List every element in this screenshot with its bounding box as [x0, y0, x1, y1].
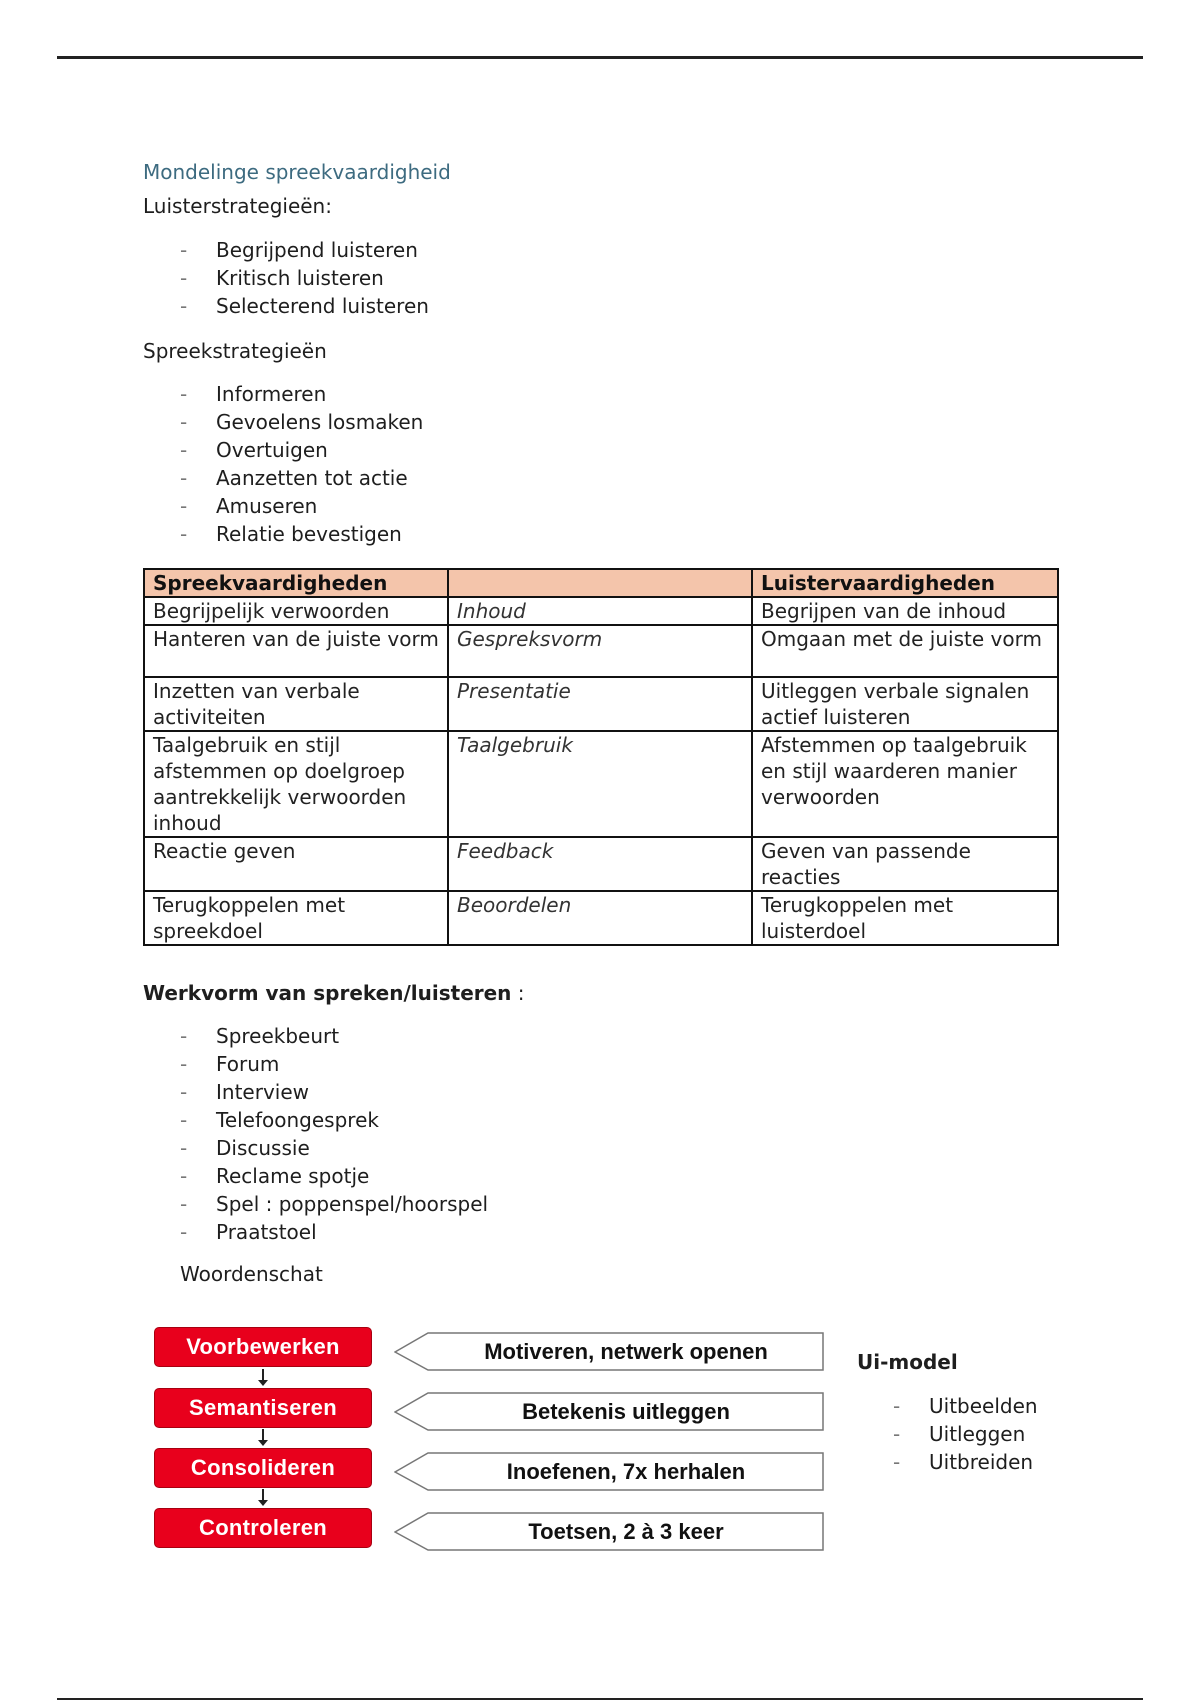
dash-bullet-icon: -: [180, 1106, 187, 1134]
speaking-strategies-label: Spreekstrategieën: [143, 339, 327, 363]
dash-bullet-icon: -: [180, 436, 187, 464]
list-item: -Relatie bevestigen: [216, 520, 423, 548]
table-cell: Feedback: [448, 837, 752, 891]
table-cell: Uitleggen verbale signalen actief luiste…: [752, 677, 1058, 731]
list-item: -Amuseren: [216, 492, 423, 520]
dash-bullet-icon: -: [180, 380, 187, 408]
dash-bullet-icon: -: [180, 520, 187, 548]
column-header: [448, 569, 752, 597]
dash-bullet-icon: -: [180, 1050, 187, 1078]
list-item: -Discussie: [216, 1134, 488, 1162]
step-description-pointer: Inoefenen, 7x herhalen: [394, 1452, 824, 1492]
dash-bullet-icon: -: [180, 1218, 187, 1246]
step-box-consolideren: Consolideren: [154, 1448, 372, 1488]
table-row: Inzetten van verbale activiteiten Presen…: [144, 677, 1058, 731]
dash-bullet-icon: -: [180, 1078, 187, 1106]
dash-bullet-icon: -: [893, 1448, 900, 1476]
table-cell: Reactie geven: [144, 837, 448, 891]
table-cell: Geven van passende reacties: [752, 837, 1058, 891]
work-forms-heading: Werkvorm van spreken/luisteren :: [143, 981, 525, 1005]
table-header-row: Spreekvaardigheden Luistervaardigheden: [144, 569, 1058, 597]
list-item: -Begrijpend luisteren: [216, 236, 429, 264]
table-cell: Afstemmen op taalgebruik en stijl waarde…: [752, 731, 1058, 837]
list-item: -Reclame spotje: [216, 1162, 488, 1190]
list-item: -Uitleggen: [929, 1420, 1038, 1448]
list-item: -Uitbreiden: [929, 1448, 1038, 1476]
down-arrow-icon: [262, 1369, 264, 1381]
header-rule: [57, 56, 1143, 59]
vocabulary-label: Woordenschat: [180, 1262, 323, 1286]
dash-bullet-icon: -: [180, 492, 187, 520]
list-item: -Praatstoel: [216, 1218, 488, 1246]
table-row: Hanteren van de juiste vorm Gespreksvorm…: [144, 625, 1058, 677]
table-cell: Begrijpelijk verwoorden: [144, 597, 448, 625]
dash-bullet-icon: -: [180, 264, 187, 292]
step-description-pointer: Betekenis uitleggen: [394, 1392, 824, 1432]
list-item: -Informeren: [216, 380, 423, 408]
column-header: Spreekvaardigheden: [144, 569, 448, 597]
dash-bullet-icon: -: [180, 292, 187, 320]
list-item: -Interview: [216, 1078, 488, 1106]
work-forms-list: -Spreekbeurt -Forum -Interview -Telefoon…: [216, 1022, 488, 1246]
table-cell: Inhoud: [448, 597, 752, 625]
table-cell: Presentatie: [448, 677, 752, 731]
step-box-controleren: Controleren: [154, 1508, 372, 1548]
dash-bullet-icon: -: [180, 1162, 187, 1190]
list-item: -Forum: [216, 1050, 488, 1078]
list-item: -Spel : poppenspel/hoorspel: [216, 1190, 488, 1218]
table-cell: Taalgebruik en stijl afstemmen op doelgr…: [144, 731, 448, 837]
table-cell: Terugkoppelen met luisterdoel: [752, 891, 1058, 945]
ui-model-list: -Uitbeelden -Uitleggen -Uitbreiden: [929, 1392, 1038, 1476]
list-item: -Selecterend luisteren: [216, 292, 429, 320]
list-item: -Uitbeelden: [929, 1392, 1038, 1420]
dash-bullet-icon: -: [180, 1134, 187, 1162]
dash-bullet-icon: -: [180, 1190, 187, 1218]
list-item: -Overtuigen: [216, 436, 423, 464]
dash-bullet-icon: -: [893, 1420, 900, 1448]
step-box-semantiseren: Semantiseren: [154, 1388, 372, 1428]
dash-bullet-icon: -: [893, 1392, 900, 1420]
list-item: -Gevoelens losmaken: [216, 408, 423, 436]
column-header: Luistervaardigheden: [752, 569, 1058, 597]
listening-strategies-label: Luisterstrategieën:: [143, 194, 332, 218]
dash-bullet-icon: -: [180, 236, 187, 264]
table-cell: Begrijpen van de inhoud: [752, 597, 1058, 625]
list-item: -Spreekbeurt: [216, 1022, 488, 1050]
step-description-pointer: Motiveren, netwerk openen: [394, 1332, 824, 1372]
table-cell: Inzetten van verbale activiteiten: [144, 677, 448, 731]
dash-bullet-icon: -: [180, 464, 187, 492]
table-cell: Gespreksvorm: [448, 625, 752, 677]
down-arrow-icon: [262, 1489, 264, 1501]
skills-table: Spreekvaardigheden Luistervaardigheden B…: [143, 568, 1059, 946]
dash-bullet-icon: -: [180, 1022, 187, 1050]
step-description-pointer: Toetsen, 2 à 3 keer: [394, 1512, 824, 1552]
table-row: Begrijpelijk verwoorden Inhoud Begrijpen…: [144, 597, 1058, 625]
table-row: Taalgebruik en stijl afstemmen op doelgr…: [144, 731, 1058, 837]
table-row: Terugkoppelen met spreekdoel Beoordelen …: [144, 891, 1058, 945]
section-title: Mondelinge spreekvaardigheid: [143, 160, 451, 184]
list-item: -Aanzetten tot actie: [216, 464, 423, 492]
table-cell: Omgaan met de juiste vorm: [752, 625, 1058, 677]
table-cell: Hanteren van de juiste vorm: [144, 625, 448, 677]
ui-model-heading: Ui-model: [857, 1350, 958, 1374]
table-row: Reactie geven Feedback Geven van passend…: [144, 837, 1058, 891]
listening-strategies-list: -Begrijpend luisteren -Kritisch luistere…: [216, 236, 429, 320]
dash-bullet-icon: -: [180, 408, 187, 436]
table-cell: Beoordelen: [448, 891, 752, 945]
step-box-voorbewerken: Voorbewerken: [154, 1327, 372, 1367]
list-item: -Telefoongesprek: [216, 1106, 488, 1134]
table-cell: Terugkoppelen met spreekdoel: [144, 891, 448, 945]
table-cell: Taalgebruik: [448, 731, 752, 837]
down-arrow-icon: [262, 1429, 264, 1441]
list-item: -Kritisch luisteren: [216, 264, 429, 292]
speaking-strategies-list: -Informeren -Gevoelens losmaken -Overtui…: [216, 380, 423, 548]
